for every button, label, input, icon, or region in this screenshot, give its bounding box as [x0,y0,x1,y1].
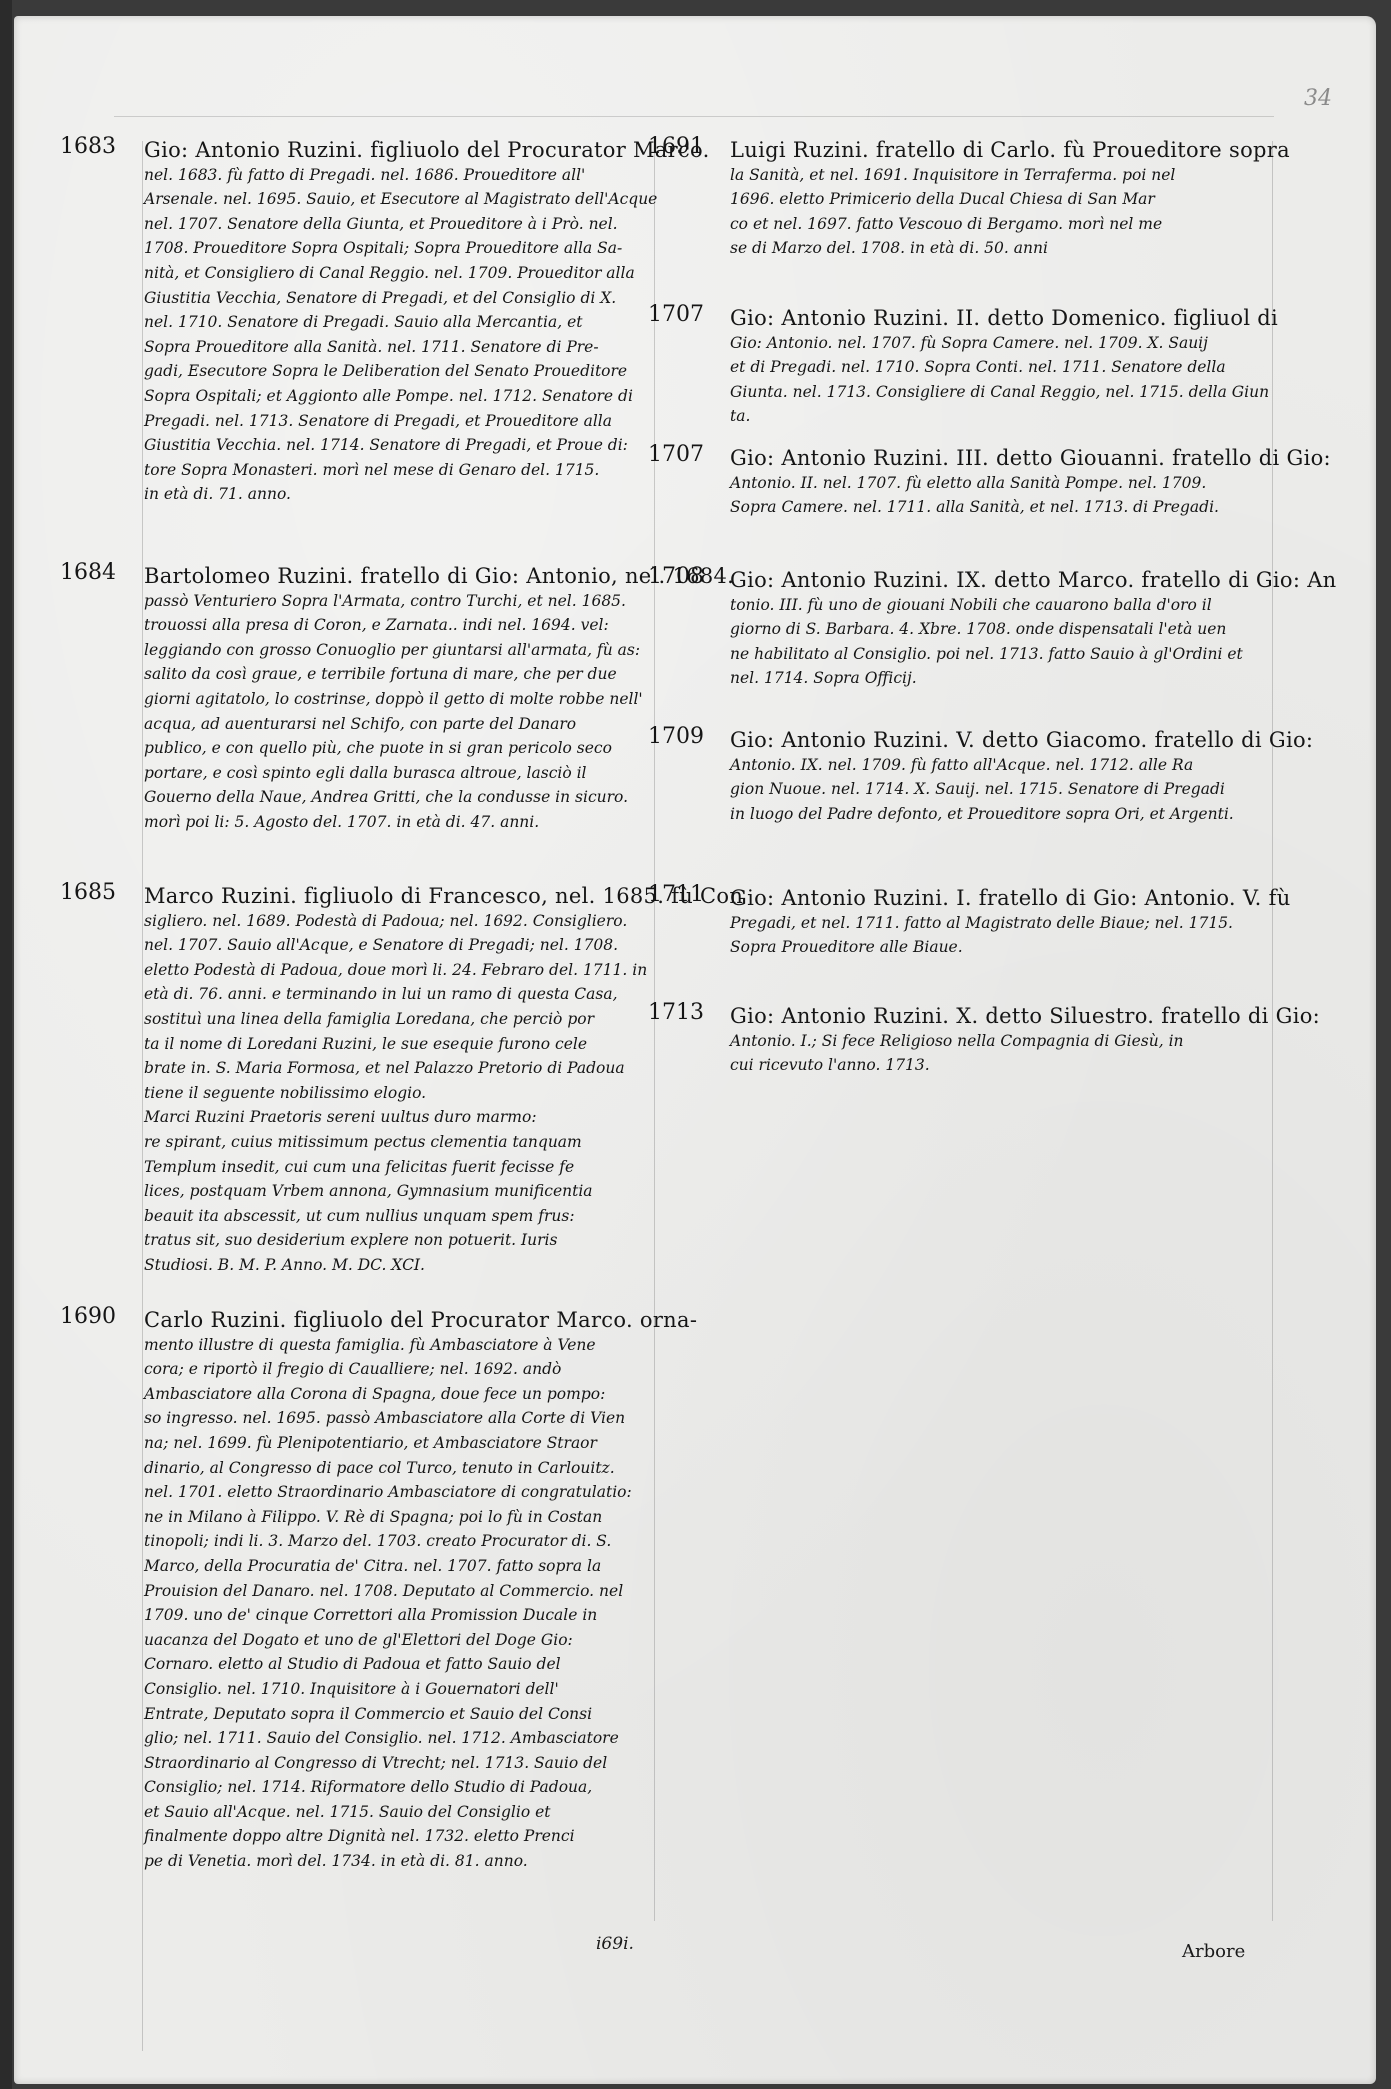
entry-heading: Gio: Antonio Ruzini. II. detto Domenico.… [730,306,1280,331]
text-line: uacanza del Dogato et uno de gl'Elettori… [144,1628,662,1653]
entry-heading: Carlo Ruzini. figliuolo del Procurator M… [144,1308,662,1333]
entry-year: 1691 [648,135,704,160]
text-line: tiene il seguente nobilissimo elogio. [144,1081,662,1106]
text-line: Prouision del Danaro. nel. 1708. Deputat… [144,1579,662,1604]
entry-year: 1684 [60,561,116,586]
entry-year: 1711 [648,883,704,908]
text-line: Giustitia Vecchia, Senatore di Pregadi, … [144,286,662,311]
text-line: Pregadi, et nel. 1711. fatto al Magistra… [730,911,1280,936]
latin-elogy-line: Templum insedit, cui cum una felicitas f… [144,1155,662,1180]
text-line: glio; nel. 1711. Sauio del Consiglio. ne… [144,1726,662,1751]
entry-right-6: 1713 Gio: Antonio Ruzini. X. detto Silue… [720,1004,1280,1078]
text-line: giorni agitatolo, lo costrinse, doppò il… [144,687,662,712]
entry-body: Gio: Antonio Ruzini. III. detto Giouanni… [730,446,1280,520]
latin-elogy-line: beauit ita abscessit, ut cum nullius unq… [144,1204,662,1229]
text-line: co et nel. 1697. fatto Vescouo di Bergam… [730,212,1280,237]
entry-heading: Gio: Antonio Ruzini. V. detto Giacomo. f… [730,728,1280,753]
text-line: et Sauio all'Acque. nel. 1715. Sauio del… [144,1800,662,1825]
entry-year: 1683 [60,135,116,160]
text-line: sostituì una linea della famiglia Loreda… [144,1007,662,1032]
text-line: Sopra Proueditore alla Sanità. nel. 1711… [144,335,662,360]
text-line: 1709. uno de' cinque Correttori alla Pro… [144,1603,662,1628]
text-line: acqua, ad auenturarsi nel Schifo, con pa… [144,712,662,737]
text-line: tore Sopra Monasteri. morì nel mese di G… [144,458,662,483]
entry-heading: Gio: Antonio Ruzini. X. detto Siluestro.… [730,1004,1280,1029]
text-line: dinario, al Congresso di pace col Turco,… [144,1456,662,1481]
text-line: Sopra Ospitali; et Aggionto alle Pompe. … [144,384,662,409]
entry-left-2: 1685 Marco Ruzini. figliuolo di Francesc… [132,884,662,1278]
entry-left-3: 1690 Carlo Ruzini. figliuolo del Procura… [132,1308,662,1874]
entry-right-3: 1708 Gio: Antonio Ruzini. IX. detto Marc… [720,568,1280,691]
text-line: nel. 1707. Sauio all'Acque, e Senatore d… [144,933,662,958]
entry-body: Gio: Antonio Ruzini. figliuolo del Procu… [144,138,662,507]
entry-right-5: 1711 Gio: Antonio Ruzini. I. fratello di… [720,886,1280,960]
text-line: ta il nome di Loredani Ruzini, le sue es… [144,1032,662,1057]
text-line: tinopoli; indi li. 3. Marzo del. 1703. c… [144,1529,662,1554]
text-line: so ingresso. nel. 1695. passò Ambasciato… [144,1406,662,1431]
text-line: in luogo del Padre defonto, et Prouedito… [730,802,1280,827]
entry-right-0: 1691 Luigi Ruzini. fratello di Carlo. fù… [720,138,1280,261]
entry-heading: Bartolomeo Ruzini. fratello di Gio: Anto… [144,564,662,589]
entry-body: Luigi Ruzini. fratello di Carlo. fù Prou… [730,138,1280,261]
text-line: tonio. III. fù uno de giouani Nobili che… [730,593,1280,618]
manuscript-page: 34 1683 Gio: Antonio Ruzini. figliuolo d… [14,16,1376,2084]
entry-heading: Gio: Antonio Ruzini. III. detto Giouanni… [730,446,1280,471]
text-line: salito da così graue, e terribile fortun… [144,662,662,687]
text-line: sigliero. nel. 1689. Podestà di Padoua; … [144,909,662,934]
entry-year: 1707 [648,303,704,328]
text-line: gion Nuoue. nel. 1714. X. Sauij. nel. 17… [730,777,1280,802]
entry-body: Bartolomeo Ruzini. fratello di Gio: Anto… [144,564,662,835]
entry-body: Gio: Antonio Ruzini. II. detto Domenico.… [730,306,1280,429]
text-line: morì poi li: 5. Agosto del. 1707. in età… [144,810,662,835]
text-line: pe di Venetia. morì del. 1734. in età di… [144,1849,662,1874]
text-line: na; nel. 1699. fù Plenipotentiario, et A… [144,1431,662,1456]
text-line: Sopra Proueditore alle Biaue. [730,935,1280,960]
text-line: in età di. 71. anno. [144,482,662,507]
text-line: nel. 1701. eletto Straordinario Ambascia… [144,1480,662,1505]
text-line: Gio: Antonio. nel. 1707. fù Sopra Camere… [730,331,1280,356]
text-line: Marco, della Procuratia de' Citra. nel. … [144,1554,662,1579]
entry-year: 1707 [648,443,704,468]
text-line: Straordinario al Congresso di Vtrecht; n… [144,1751,662,1776]
entry-year: 1713 [648,1001,704,1026]
text-line: nel. 1683. fù fatto di Pregadi. nel. 168… [144,163,662,188]
text-line: mento illustre di questa famiglia. fù Am… [144,1333,662,1358]
entry-year: 1709 [648,725,704,750]
latin-elogy-line: tratus sit, suo desiderium explere non p… [144,1228,662,1253]
latin-elogy-line: lices, postquam Vrbem annona, Gymnasium … [144,1179,662,1204]
entry-body: Marco Ruzini. figliuolo di Francesco, ne… [144,884,662,1278]
entry-heading: Luigi Ruzini. fratello di Carlo. fù Prou… [730,138,1280,163]
entry-heading: Marco Ruzini. figliuolo di Francesco, ne… [144,884,662,909]
entry-right-2: 1707 Gio: Antonio Ruzini. III. detto Gio… [720,446,1280,520]
latin-elogy-line: Studiosi. B. M. P. Anno. M. DC. XCI. [144,1253,662,1278]
entry-body: Carlo Ruzini. figliuolo del Procurator M… [144,1308,662,1874]
text-line: Arsenale. nel. 1695. Sauio, et Esecutore… [144,187,662,212]
text-line: nel. 1714. Sopra Officij. [730,666,1280,691]
entry-year: 1685 [60,881,116,906]
entry-body: Gio: Antonio Ruzini. V. detto Giacomo. f… [730,728,1280,826]
entry-body: Gio: Antonio Ruzini. I. fratello di Gio:… [730,886,1280,960]
text-line: Antonio. IX. nel. 1709. fù fatto all'Acq… [730,753,1280,778]
text-line: trouossi alla presa di Coron, e Zarnata.… [144,613,662,638]
text-line: Gouerno della Naue, Andrea Gritti, che l… [144,785,662,810]
text-line: Giunta. nel. 1713. Consigliere di Canal … [730,380,1280,405]
folio-number: 34 [1304,86,1332,111]
text-line: Giustitia Vecchia. nel. 1714. Senatore d… [144,433,662,458]
text-line: 1708. Proueditore Sopra Ospitali; Sopra … [144,236,662,261]
text-line: Consiglio. nel. 1710. Inquisitore à i Go… [144,1677,662,1702]
text-line: nel. 1707. Senatore della Giunta, et Pro… [144,212,662,237]
text-line: Antonio. I.; Si fece Religioso nella Com… [730,1029,1280,1054]
text-line: se di Marzo del. 1708. in età di. 50. an… [730,236,1280,261]
text-line: giorno di S. Barbara. 4. Xbre. 1708. ond… [730,617,1280,642]
entry-left-1: 1684 Bartolomeo Ruzini. fratello di Gio:… [132,564,662,835]
text-line: età di. 76. anni. e terminando in lui un… [144,982,662,1007]
text-line: nel. 1710. Senatore di Pregadi. Sauio al… [144,310,662,335]
latin-elogy-line: Marci Ruzini Praetoris sereni uultus dur… [144,1105,662,1130]
scan-binding-edge [0,0,12,2089]
text-line: passò Venturiero Sopra l'Armata, contro … [144,589,662,614]
text-line: publico, e con quello più, che puote in … [144,736,662,761]
text-line: Pregadi. nel. 1713. Senatore di Pregadi,… [144,409,662,434]
text-line: Cornaro. eletto al Studio di Padoua et f… [144,1652,662,1677]
text-line: eletto Podestà di Padoua, doue morì li. … [144,958,662,983]
text-line: leggiando con grosso Conuoglio per giunt… [144,638,662,663]
text-line: et di Pregadi. nel. 1710. Sopra Conti. n… [730,355,1280,380]
text-line: Sopra Camere. nel. 1711. alla Sanità, et… [730,495,1280,520]
entry-body: Gio: Antonio Ruzini. IX. detto Marco. fr… [730,568,1280,691]
top-margin-rule [114,116,1274,117]
entry-heading: Gio: Antonio Ruzini. figliuolo del Procu… [144,138,662,163]
catchword: i69i. [596,1934,634,1954]
text-line: Antonio. II. nel. 1707. fù eletto alla S… [730,471,1280,496]
text-line: Entrate, Deputato sopra il Commercio et … [144,1702,662,1727]
text-line: finalmente doppo altre Dignità nel. 1732… [144,1824,662,1849]
text-line: brate in. S. Maria Formosa, et nel Palaz… [144,1056,662,1081]
entry-heading: Gio: Antonio Ruzini. I. fratello di Gio:… [730,886,1280,911]
entry-year: 1708 [648,565,704,590]
text-line: ne in Milano à Filippo. V. Rè di Spagna;… [144,1505,662,1530]
text-line: 1696. eletto Primicerio della Ducal Chie… [730,187,1280,212]
entry-year: 1690 [60,1305,116,1330]
entry-heading: Gio: Antonio Ruzini. IX. detto Marco. fr… [730,568,1280,593]
latin-elogy-line: re spirant, cuius mitissimum pectus clem… [144,1130,662,1155]
text-line: ne habilitato al Consiglio. poi nel. 171… [730,642,1280,667]
entry-body: Gio: Antonio Ruzini. X. detto Siluestro.… [730,1004,1280,1078]
footer-label: Arbore [1182,1941,1245,1962]
text-line: Consiglio; nel. 1714. Riformatore dello … [144,1775,662,1800]
text-line: portare, e così spinto egli dalla burasc… [144,761,662,786]
text-line: cora; e riportò il fregio di Caualliere;… [144,1357,662,1382]
entry-right-1: 1707 Gio: Antonio Ruzini. II. detto Dome… [720,306,1280,429]
entry-left-0: 1683 Gio: Antonio Ruzini. figliuolo del … [132,138,662,507]
text-line: Ambasciatore alla Corona di Spagna, doue… [144,1382,662,1407]
text-line: nità, et Consigliero di Canal Reggio. ne… [144,261,662,286]
text-line: ta. [730,404,1280,429]
entry-right-4: 1709 Gio: Antonio Ruzini. V. detto Giaco… [720,728,1280,826]
text-line: la Sanità, et nel. 1691. Inquisitore in … [730,163,1280,188]
text-line: gadi, Esecutore Sopra le Deliberation de… [144,359,662,384]
text-line: cui ricevuto l'anno. 1713. [730,1053,1280,1078]
